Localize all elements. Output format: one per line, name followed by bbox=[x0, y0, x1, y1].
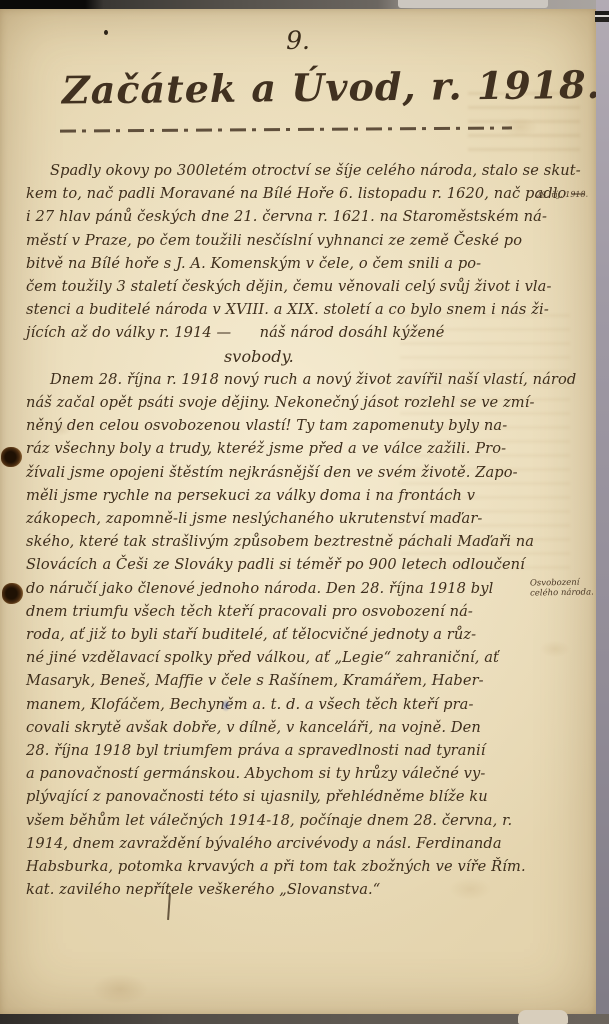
text-line: plývající z panovačnosti této si ujasnil… bbox=[26, 785, 578, 808]
text-line: Habsburka, potomka krvavých a při tom ta… bbox=[26, 855, 578, 878]
scanner-backdrop-right bbox=[596, 0, 609, 1024]
scanned-page-photo: 9. Začátek a Úvod, r. 1918. 28. říj. 191… bbox=[0, 0, 609, 1024]
page-number: 9. bbox=[0, 26, 596, 55]
text-line: dnem triumfu všech těch kteří pracovali … bbox=[26, 600, 578, 623]
hole-punch bbox=[1, 447, 22, 467]
chronicle-page: 9. Začátek a Úvod, r. 1918. 28. říj. 191… bbox=[0, 9, 596, 1015]
page-edge-above bbox=[398, 0, 548, 8]
text-line: náš začal opět psáti svoje dějiny. Nekon… bbox=[26, 391, 578, 414]
text-line-freedom: svobody. bbox=[26, 345, 578, 368]
binder-clip bbox=[595, 9, 609, 24]
title-underline-dashes bbox=[60, 126, 512, 132]
text-line: do náručí jako členové jednoho národa. D… bbox=[26, 577, 578, 600]
text-line: né jiné vzdělavací spolky před válkou, a… bbox=[26, 646, 578, 669]
text-line: zákopech, zapomně-li jsme neslýchaného u… bbox=[26, 507, 578, 530]
text-line: bitvě na Bílé hoře s J. A. Komenským v č… bbox=[26, 252, 578, 275]
text-line: stenci a buditelé národa v XVIII. a XIX.… bbox=[26, 298, 578, 321]
text-line: žívali jsme opojeni štěstím nejkrásnější… bbox=[26, 461, 578, 484]
text-line: covali skrytě avšak dobře, v dílně, v ka… bbox=[26, 716, 578, 739]
text-line: měli jsme rychle na persekuci za války d… bbox=[26, 484, 578, 507]
text-line: a panovačností germánskou. Abychom si ty… bbox=[26, 762, 578, 785]
text-line: ráz všechny boly a trudy, kteréž jsme př… bbox=[26, 437, 578, 460]
text-line: ského, které tak strašlivým způsobem bez… bbox=[26, 530, 578, 553]
text-line: Masaryk, Beneš, Maffie v čele s Rašínem,… bbox=[26, 669, 578, 692]
text-line: 28. října 1918 byl triumfem práva a spra… bbox=[26, 739, 578, 762]
page-edge-below bbox=[518, 1010, 568, 1024]
text-line: manem, Klofáčem, Bechyněm a. t. d. a vše… bbox=[26, 693, 578, 716]
chapter-title: Začátek a Úvod, r. 1918. bbox=[62, 62, 542, 112]
text-line: jících až do války r. 1914 — náš národ d… bbox=[26, 321, 578, 344]
text-line: kem to, nač padli Moravané na Bílé Hoře … bbox=[26, 182, 578, 205]
text-line: všem běhům let válečných 1914-18, počína… bbox=[26, 809, 578, 832]
text-line: něný den celou osvobozenou vlastí! Ty ta… bbox=[26, 414, 578, 437]
text-line: roda, ať již to byli staří buditelé, ať … bbox=[26, 623, 578, 646]
text-line: Slovácích a Češi ze Slováky padli si tém… bbox=[26, 553, 578, 576]
text-line: kat. zavilého nepřítele veškerého „Slova… bbox=[26, 878, 578, 901]
text-line: i 27 hlav pánů českých dne 21. června r.… bbox=[26, 205, 578, 228]
text-line: městí v Praze, po čem toužili nesčíslní … bbox=[26, 229, 578, 252]
text-line: 1914, dnem zavraždění bývalého arcivévod… bbox=[26, 832, 578, 855]
text-line: Spadly okovy po 300letém otroctví se šíj… bbox=[26, 159, 578, 182]
ink-spot bbox=[104, 30, 108, 35]
hole-punch bbox=[2, 583, 23, 604]
handwritten-body: Spadly okovy po 300letém otroctví se šíj… bbox=[26, 159, 578, 902]
stray-pen-stroke bbox=[167, 893, 171, 920]
text-line: čem toužily 3 staletí českých dějin, čem… bbox=[26, 275, 578, 298]
blue-ink-smudge bbox=[221, 699, 231, 712]
text-line: Dnem 28. října r. 1918 nový ruch a nový … bbox=[26, 368, 578, 391]
